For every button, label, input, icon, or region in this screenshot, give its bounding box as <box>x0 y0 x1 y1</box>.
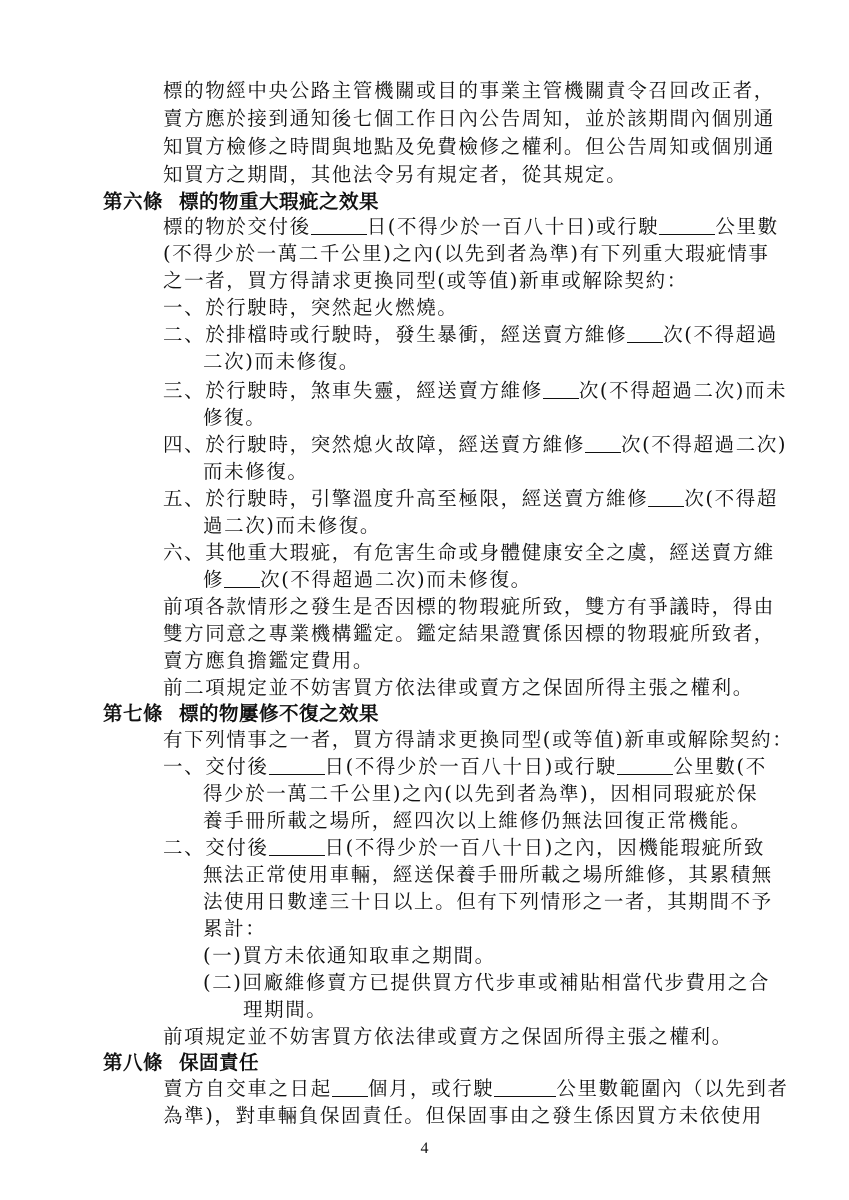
article-7-heading: 第七條標的物屢修不復之效果 <box>103 701 379 727</box>
body-text-line: 標的物於交付後日(不得少於一百八十日)或行駛公里數 <box>163 214 779 240</box>
sub-list-item: (一)買方未依通知取車之期間。 <box>203 943 496 969</box>
list-item: 二、於排檔時或行駛時，發生暴衝，經送賣方維修次(不得超過 <box>163 322 778 348</box>
article-number: 第七條 <box>103 702 163 725</box>
article-number: 第六條 <box>103 190 163 213</box>
list-item: 三、於行駛時，煞車失靈，經送賣方維修次(不得超過二次)而未 <box>163 378 787 404</box>
list-item-continuation: 二次)而未修復。 <box>203 349 360 375</box>
text: 一、交付後 <box>163 755 269 778</box>
list-item-continuation: 養手冊所載之場所，經四次以上維修仍無法回復正常機能。 <box>203 808 752 834</box>
fill-in-blank[interactable] <box>332 1078 368 1097</box>
list-item-continuation: 過二次)而未修復。 <box>203 513 381 539</box>
body-text-line: 前項規定並不妨害買方依法律或賣方之保固所得主張之權利。 <box>163 1024 733 1050</box>
body-text-line: 賣方應負擔鑑定費用。 <box>163 648 374 674</box>
body-text-line: 之一者，買方得請求更換同型(或等值)新車或解除契約： <box>163 268 688 294</box>
list-item-continuation: 而未修復。 <box>203 459 309 485</box>
fill-in-blank[interactable] <box>617 756 673 775</box>
text: 五、於行駛時，引擎溫度升高至極限，經送賣方維修 <box>163 487 648 510</box>
list-item: 一、於行駛時，突然起火燃燒。 <box>163 295 458 321</box>
body-text-line: 前項各款情形之發生是否因標的物瑕疵所致，雙方有爭議時，得由 <box>163 594 775 620</box>
list-item: 四、於行駛時，突然熄火故障，經送賣方維修次(不得超過二次) <box>163 432 787 458</box>
page-number: 4 <box>0 1140 849 1158</box>
fill-in-blank[interactable] <box>311 216 367 235</box>
text: 日(不得少於一百八十日)之內，因機能瑕疵所致 <box>325 836 765 859</box>
body-text-line: 知買方檢修之時間與地點及免費檢修之權利。但公告周知或個別通 <box>163 134 775 160</box>
body-text-line: 為準)，對車輛負保固責任。但保固事由之發生係因買方未依使用 <box>163 1103 763 1129</box>
sub-list-item-continuation: 理期間。 <box>243 997 327 1023</box>
text: 四、於行駛時，突然熄火故障，經送賣方維修 <box>163 433 585 456</box>
body-text-line: 知買方之期間，其他法令另有規定者，從其規定。 <box>163 162 627 188</box>
sub-list-item: (二)回廠維修賣方已提供買方代步車或補貼相當代步費用之合 <box>203 970 770 996</box>
text: 公里數(不 <box>673 755 767 778</box>
text: 修 <box>203 568 224 591</box>
text: 二、交付後 <box>163 836 269 859</box>
text: 公里數 <box>715 215 778 238</box>
fill-in-blank[interactable] <box>627 324 663 343</box>
article-8-heading: 第八條保固責任 <box>103 1050 259 1076</box>
body-text-line: 前二項規定並不妨害買方依法律或賣方之保固所得主張之權利。 <box>163 675 754 701</box>
article-6-heading: 第六條標的物重大瑕疵之效果 <box>103 189 379 215</box>
text: 次(不得超過 <box>663 323 778 346</box>
body-text-line: 標的物經中央公路主管機關或目的事業主管機關責令召回改正者， <box>163 78 775 104</box>
article-title: 標的物重大瑕疵之效果 <box>179 190 379 213</box>
body-text-line: 賣方自交車之日起個月，或行駛公里數範圍內（以先到者 <box>163 1076 789 1102</box>
text: 次(不得超過二次)而未 <box>579 379 787 402</box>
fill-in-blank[interactable] <box>494 1078 556 1097</box>
text: 日(不得少於一百八十日)或行駛 <box>325 755 618 778</box>
fill-in-blank[interactable] <box>585 434 621 453</box>
list-item-continuation: 得少於一萬二千公里)之內(以先到者為準)，因相同瑕疵於保 <box>203 781 758 807</box>
text: 賣方自交車之日起 <box>163 1077 332 1100</box>
list-item: 二、交付後日(不得少於一百八十日)之內，因機能瑕疵所致 <box>163 835 765 861</box>
text: 個月，或行駛 <box>368 1077 495 1100</box>
text: 次(不得超過二次) <box>621 433 787 456</box>
list-item-continuation: 累計： <box>203 916 266 942</box>
body-text-line: 有下列情事之一者，買方得請求更換同型(或等值)新車或解除契約： <box>163 727 793 753</box>
list-item-continuation: 法使用日數達三十日以上。但有下列情形之一者，其期間不予 <box>203 889 773 915</box>
fill-in-blank[interactable] <box>648 488 684 507</box>
fill-in-blank[interactable] <box>659 216 715 235</box>
body-text-line: 賣方應於接到通知後七個工作日內公告周知，並於該期間內個別通 <box>163 106 775 132</box>
fill-in-blank[interactable] <box>269 837 325 856</box>
text: 次(不得超 <box>684 487 778 510</box>
article-title: 保固責任 <box>179 1051 259 1074</box>
article-number: 第八條 <box>103 1051 163 1074</box>
list-item-continuation: 修復。 <box>203 405 266 431</box>
text: 日(不得少於一百八十日)或行駛 <box>367 215 660 238</box>
fill-in-blank[interactable] <box>224 569 260 588</box>
list-item: 五、於行駛時，引擎溫度升高至極限，經送賣方維修次(不得超 <box>163 486 778 512</box>
list-item-continuation: 修次(不得超過二次)而未修復。 <box>203 567 532 593</box>
text: 公里數範圍內（以先到者 <box>556 1077 788 1100</box>
list-item: 六、其他重大瑕疵，有危害生命或身體健康安全之虞，經送賣方維 <box>163 540 775 566</box>
text: 三、於行駛時，煞車失靈，經送賣方維修 <box>163 379 543 402</box>
fill-in-blank[interactable] <box>269 756 325 775</box>
article-title: 標的物屢修不復之效果 <box>179 702 379 725</box>
list-item: 一、交付後日(不得少於一百八十日)或行駛公里數(不 <box>163 754 767 780</box>
text: 二、於排檔時或行駛時，發生暴衝，經送賣方維修 <box>163 323 627 346</box>
text: 標的物於交付後 <box>163 215 311 238</box>
text: 次(不得超過二次)而未修復。 <box>260 568 532 591</box>
fill-in-blank[interactable] <box>543 380 579 399</box>
list-item-continuation: 無法正常使用車輛，經送保養手冊所載之場所維修，其累積無 <box>203 862 773 888</box>
body-text-line: (不得少於一萬二千公里)之內(以先到者為準)有下列重大瑕疵情事 <box>163 241 770 267</box>
body-text-line: 雙方同意之專業機構鑑定。鑑定結果證實係因標的物瑕疵所致者， <box>163 621 775 647</box>
